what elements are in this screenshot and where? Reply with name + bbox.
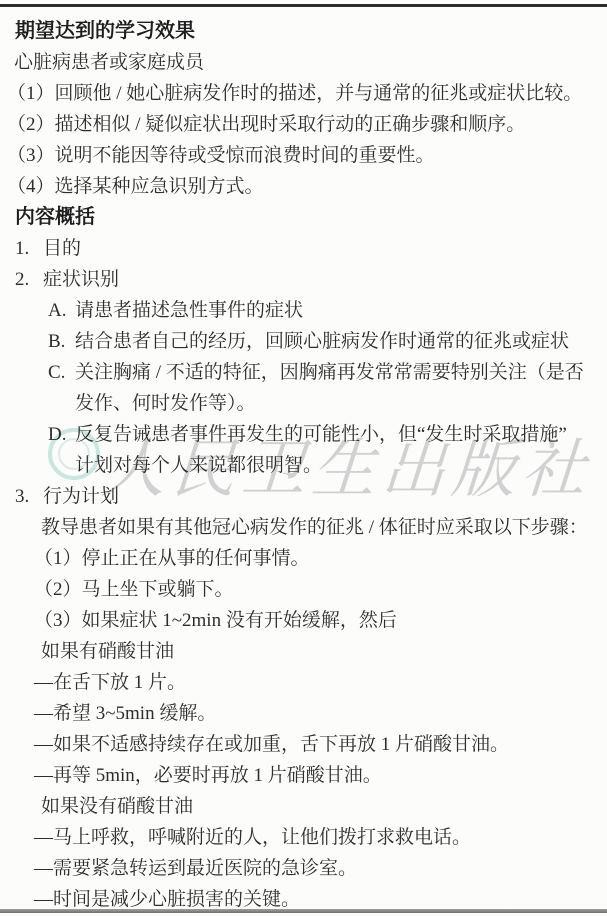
nitro-yes-line-1: —在舌下放 1 片。 [0, 667, 607, 698]
outline-item-symptom-recognition: 2.症状识别 [0, 264, 607, 295]
symptom-sub-b-text: 结合患者自己的经历，回顾心脏病发作时通常的征兆或症状 [75, 331, 569, 352]
outline-item-1-number: 1. [15, 233, 43, 264]
nitro-no-line-2: —需要紧急转运到最近医院的急诊室。 [0, 853, 607, 884]
nitro-yes-line-4: —再等 5min，必要时再放 1 片硝酸甘油。 [0, 760, 607, 791]
symptom-sub-c-text: 关注胸痛 / 不适的特征，因胸痛再发常常需要特别关注（是否 [75, 362, 584, 383]
learning-outcomes-heading: 期望达到的学习效果 [0, 16, 607, 47]
action-step-2: （2）马上坐下或躺下。 [0, 574, 607, 605]
book-page: 期望达到的学习效果 心脏病患者或家庭成员 （1）回顾他 / 她心脏病发作时的描述… [0, 4, 607, 916]
outline-item-2-number: 2. [15, 264, 43, 295]
action-step-1: （1）停止正在从事的任何事情。 [0, 543, 607, 574]
learning-item-4: （4）选择某种应急识别方式。 [0, 171, 607, 202]
action-plan-lead: 教导患者如果有其他冠心病发作的征兆 / 体征时应采取以下步骤： [0, 512, 607, 543]
action-step-3: （3）如果症状 1~2min 没有开始缓解，然后 [0, 605, 607, 636]
symptom-sub-d-letter: D. [48, 419, 75, 450]
content-outline-heading: 内容概括 [0, 202, 607, 233]
nitroglycerin-unavailable-title: 如果没有硝酸甘油 [0, 791, 607, 822]
nitro-no-line-1: —马上呼救，呼喊附近的人，让他们拨打求救电话。 [0, 822, 607, 853]
outline-item-action-plan: 3.行为计划 [0, 481, 607, 512]
symptom-sub-d: D.反复告诫患者事件再发生的可能性小，但“发生时采取措施” [0, 419, 607, 450]
nitroglycerin-available-title: 如果有硝酸甘油 [0, 636, 607, 667]
outline-item-3-label: 行为计划 [43, 486, 119, 507]
symptom-sub-c-letter: C. [48, 357, 75, 388]
outline-item-3-number: 3. [15, 481, 43, 512]
nitro-yes-line-3: —如果不适感持续存在或加重，舌下再放 1 片硝酸甘油。 [0, 729, 607, 760]
outline-item-purpose: 1.目的 [0, 233, 607, 264]
symptom-sub-c-continuation: 发作、何时发作等）。 [0, 388, 607, 419]
symptom-sub-c: C.关注胸痛 / 不适的特征，因胸痛再发常常需要特别关注（是否 [0, 357, 607, 388]
symptom-sub-a-text: 请患者描述急性事件的症状 [75, 300, 303, 321]
symptom-sub-b: B.结合患者自己的经历，回顾心脏病发作时通常的征兆或症状 [0, 326, 607, 357]
symptom-sub-d-continuation: 计划对每个人来说都很明智。 [0, 450, 607, 481]
symptom-sub-b-letter: B. [48, 326, 75, 357]
symptom-sub-d-text: 反复告诫患者事件再发生的可能性小，但“发生时采取措施” [75, 424, 567, 445]
learning-item-3: （3）说明不能因等待或受惊而浪费时间的重要性。 [0, 140, 607, 171]
outline-item-1-label: 目的 [43, 238, 81, 259]
audience-line: 心脏病患者或家庭成员 [0, 47, 607, 78]
learning-item-1: （1）回顾他 / 她心脏病发作时的描述，并与通常的征兆或症状比较。 [0, 78, 607, 109]
nitro-yes-line-2: —希望 3~5min 缓解。 [0, 698, 607, 729]
symptom-sub-a-letter: A. [48, 295, 75, 326]
bottom-divider [0, 909, 607, 913]
outline-item-2-label: 症状识别 [43, 269, 119, 290]
symptom-sub-a: A.请患者描述急性事件的症状 [0, 295, 607, 326]
top-divider [0, 4, 607, 7]
learning-item-2: （2）描述相似 / 疑似症状出现时采取行动的正确步骤和顺序。 [0, 109, 607, 140]
